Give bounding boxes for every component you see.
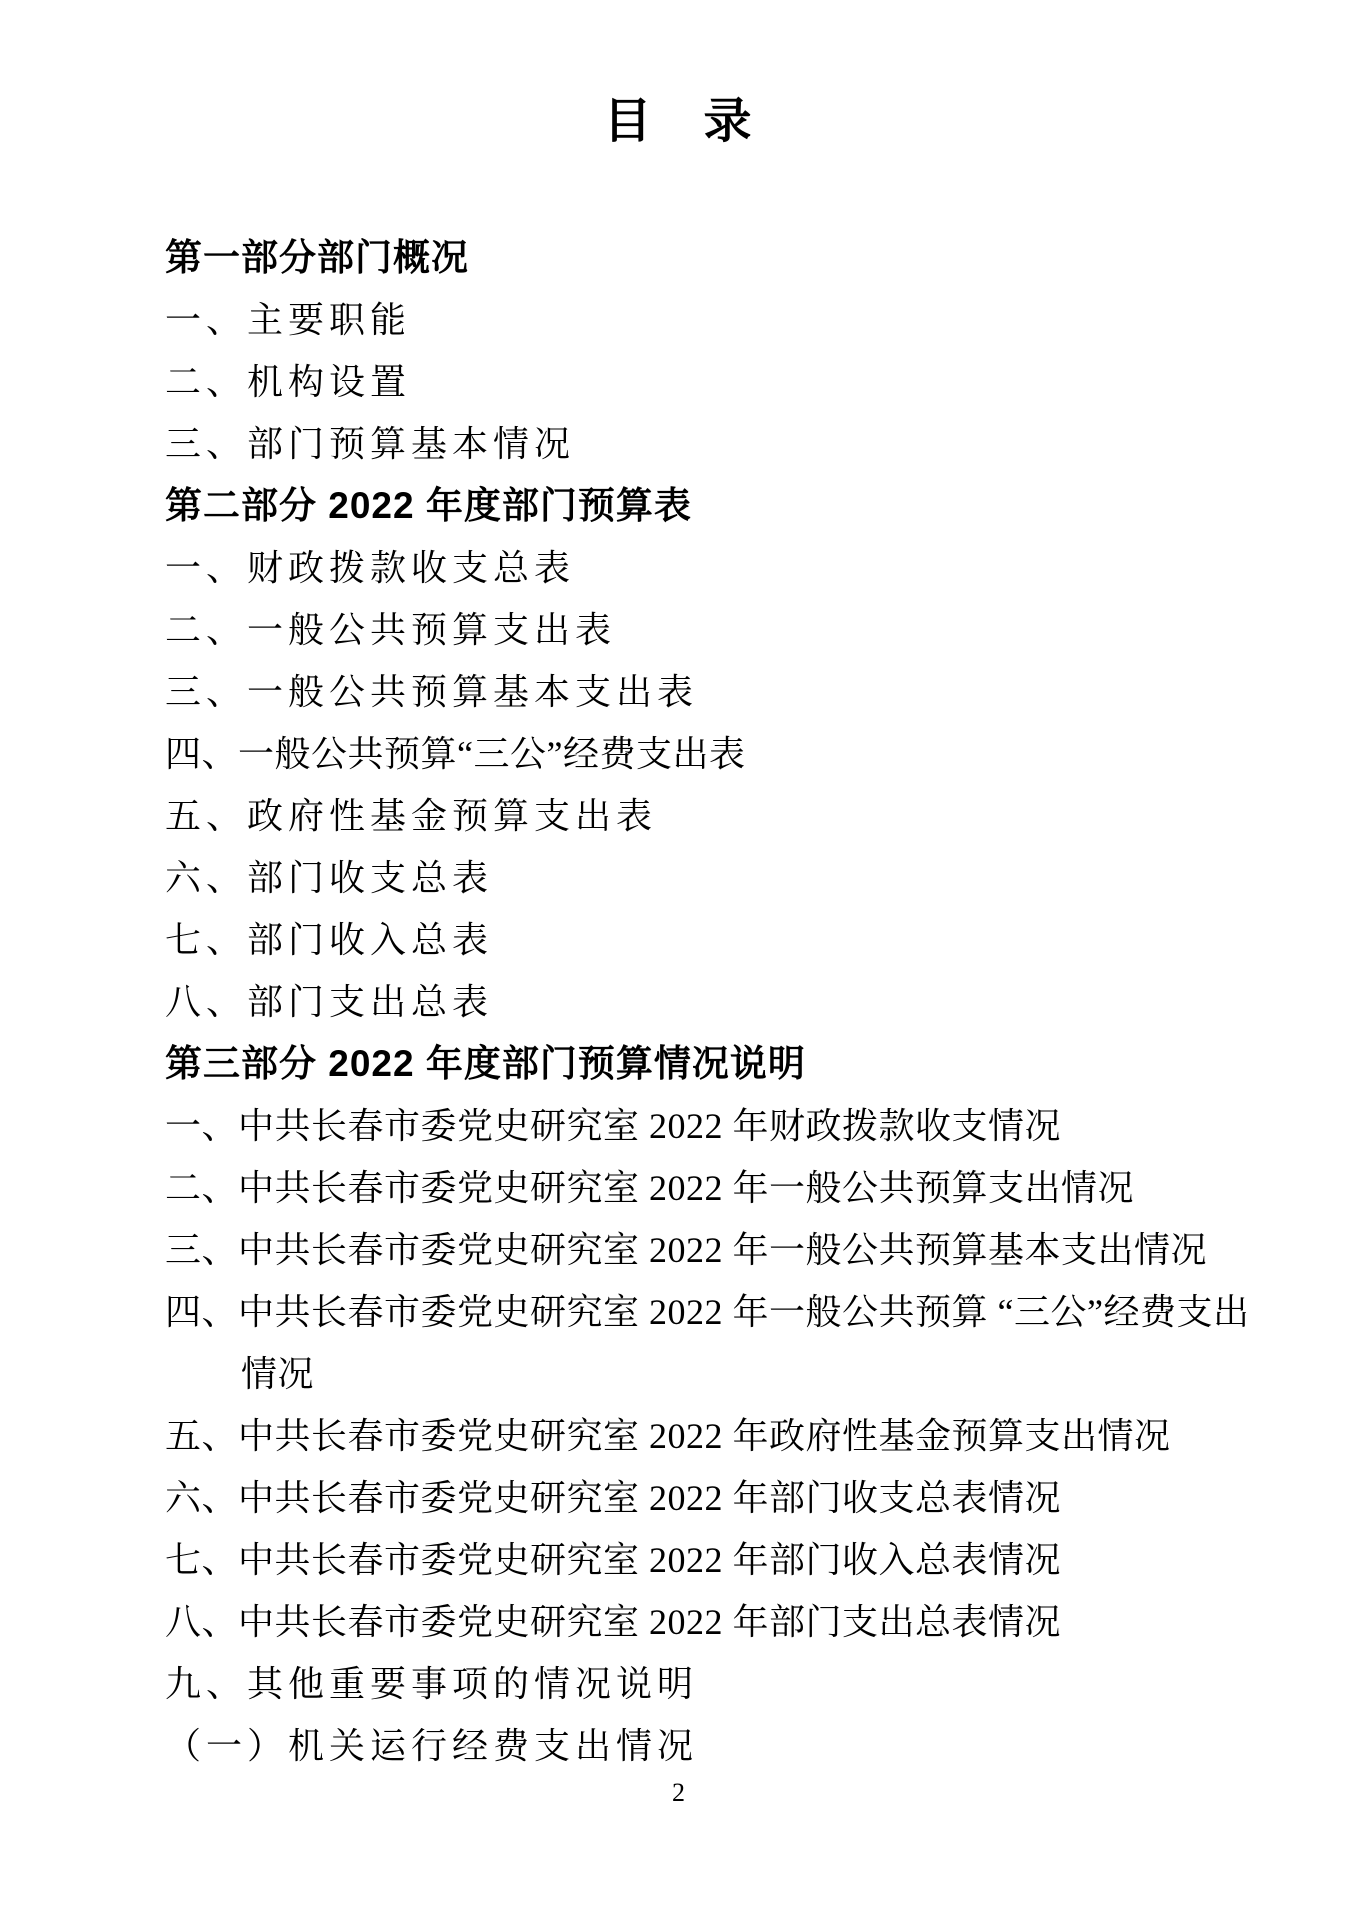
toc-item: 一、中共长春市委党史研究室 2022 年财政拨款收支情况 [165, 1095, 1205, 1157]
toc-item: 一、财政拨款收支总表 [165, 537, 1205, 599]
toc-item: 八、中共长春市委党史研究室 2022 年部门支出总表情况 [165, 1591, 1205, 1653]
toc-item: 四、中共长春市委党史研究室 2022 年一般公共预算 “三公”经费支出 [165, 1281, 1205, 1343]
toc-item: 三、中共长春市委党史研究室 2022 年一般公共预算基本支出情况 [165, 1219, 1205, 1281]
page-title: 目 录 [0, 0, 1357, 152]
toc-item: （一）机关运行经费支出情况 [165, 1715, 1205, 1777]
toc-section-heading: 第一部分部门概况 [165, 227, 1205, 289]
table-of-contents: 第一部分部门概况一、主要职能二、机构设置三、部门预算基本情况第二部分 2022 … [165, 227, 1205, 1777]
toc-item: 七、中共长春市委党史研究室 2022 年部门收入总表情况 [165, 1529, 1205, 1591]
toc-item: 三、部门预算基本情况 [165, 413, 1205, 475]
toc-section-heading: 第二部分 2022 年度部门预算表 [165, 475, 1205, 537]
toc-item: 五、政府性基金预算支出表 [165, 785, 1205, 847]
toc-item: 一、主要职能 [165, 289, 1205, 351]
toc-item: 四、一般公共预算“三公”经费支出表 [165, 723, 1205, 785]
document-page: 目 录 第一部分部门概况一、主要职能二、机构设置三、部门预算基本情况第二部分 2… [0, 0, 1357, 1920]
toc-item: 二、一般公共预算支出表 [165, 599, 1205, 661]
toc-item: 五、中共长春市委党史研究室 2022 年政府性基金预算支出情况 [165, 1405, 1205, 1467]
toc-item: 三、一般公共预算基本支出表 [165, 661, 1205, 723]
toc-item: 七、部门收入总表 [165, 909, 1205, 971]
toc-item: 六、部门收支总表 [165, 847, 1205, 909]
toc-item-continuation: 情况 [165, 1343, 1205, 1405]
toc-section-heading: 第三部分 2022 年度部门预算情况说明 [165, 1033, 1205, 1095]
toc-item: 二、中共长春市委党史研究室 2022 年一般公共预算支出情况 [165, 1157, 1205, 1219]
toc-item: 九、其他重要事项的情况说明 [165, 1653, 1205, 1715]
toc-item: 六、中共长春市委党史研究室 2022 年部门收支总表情况 [165, 1467, 1205, 1529]
page-footer: 2 [0, 1778, 1357, 1808]
toc-item: 八、部门支出总表 [165, 971, 1205, 1033]
page-number: 2 [672, 1778, 685, 1807]
toc-item: 二、机构设置 [165, 351, 1205, 413]
